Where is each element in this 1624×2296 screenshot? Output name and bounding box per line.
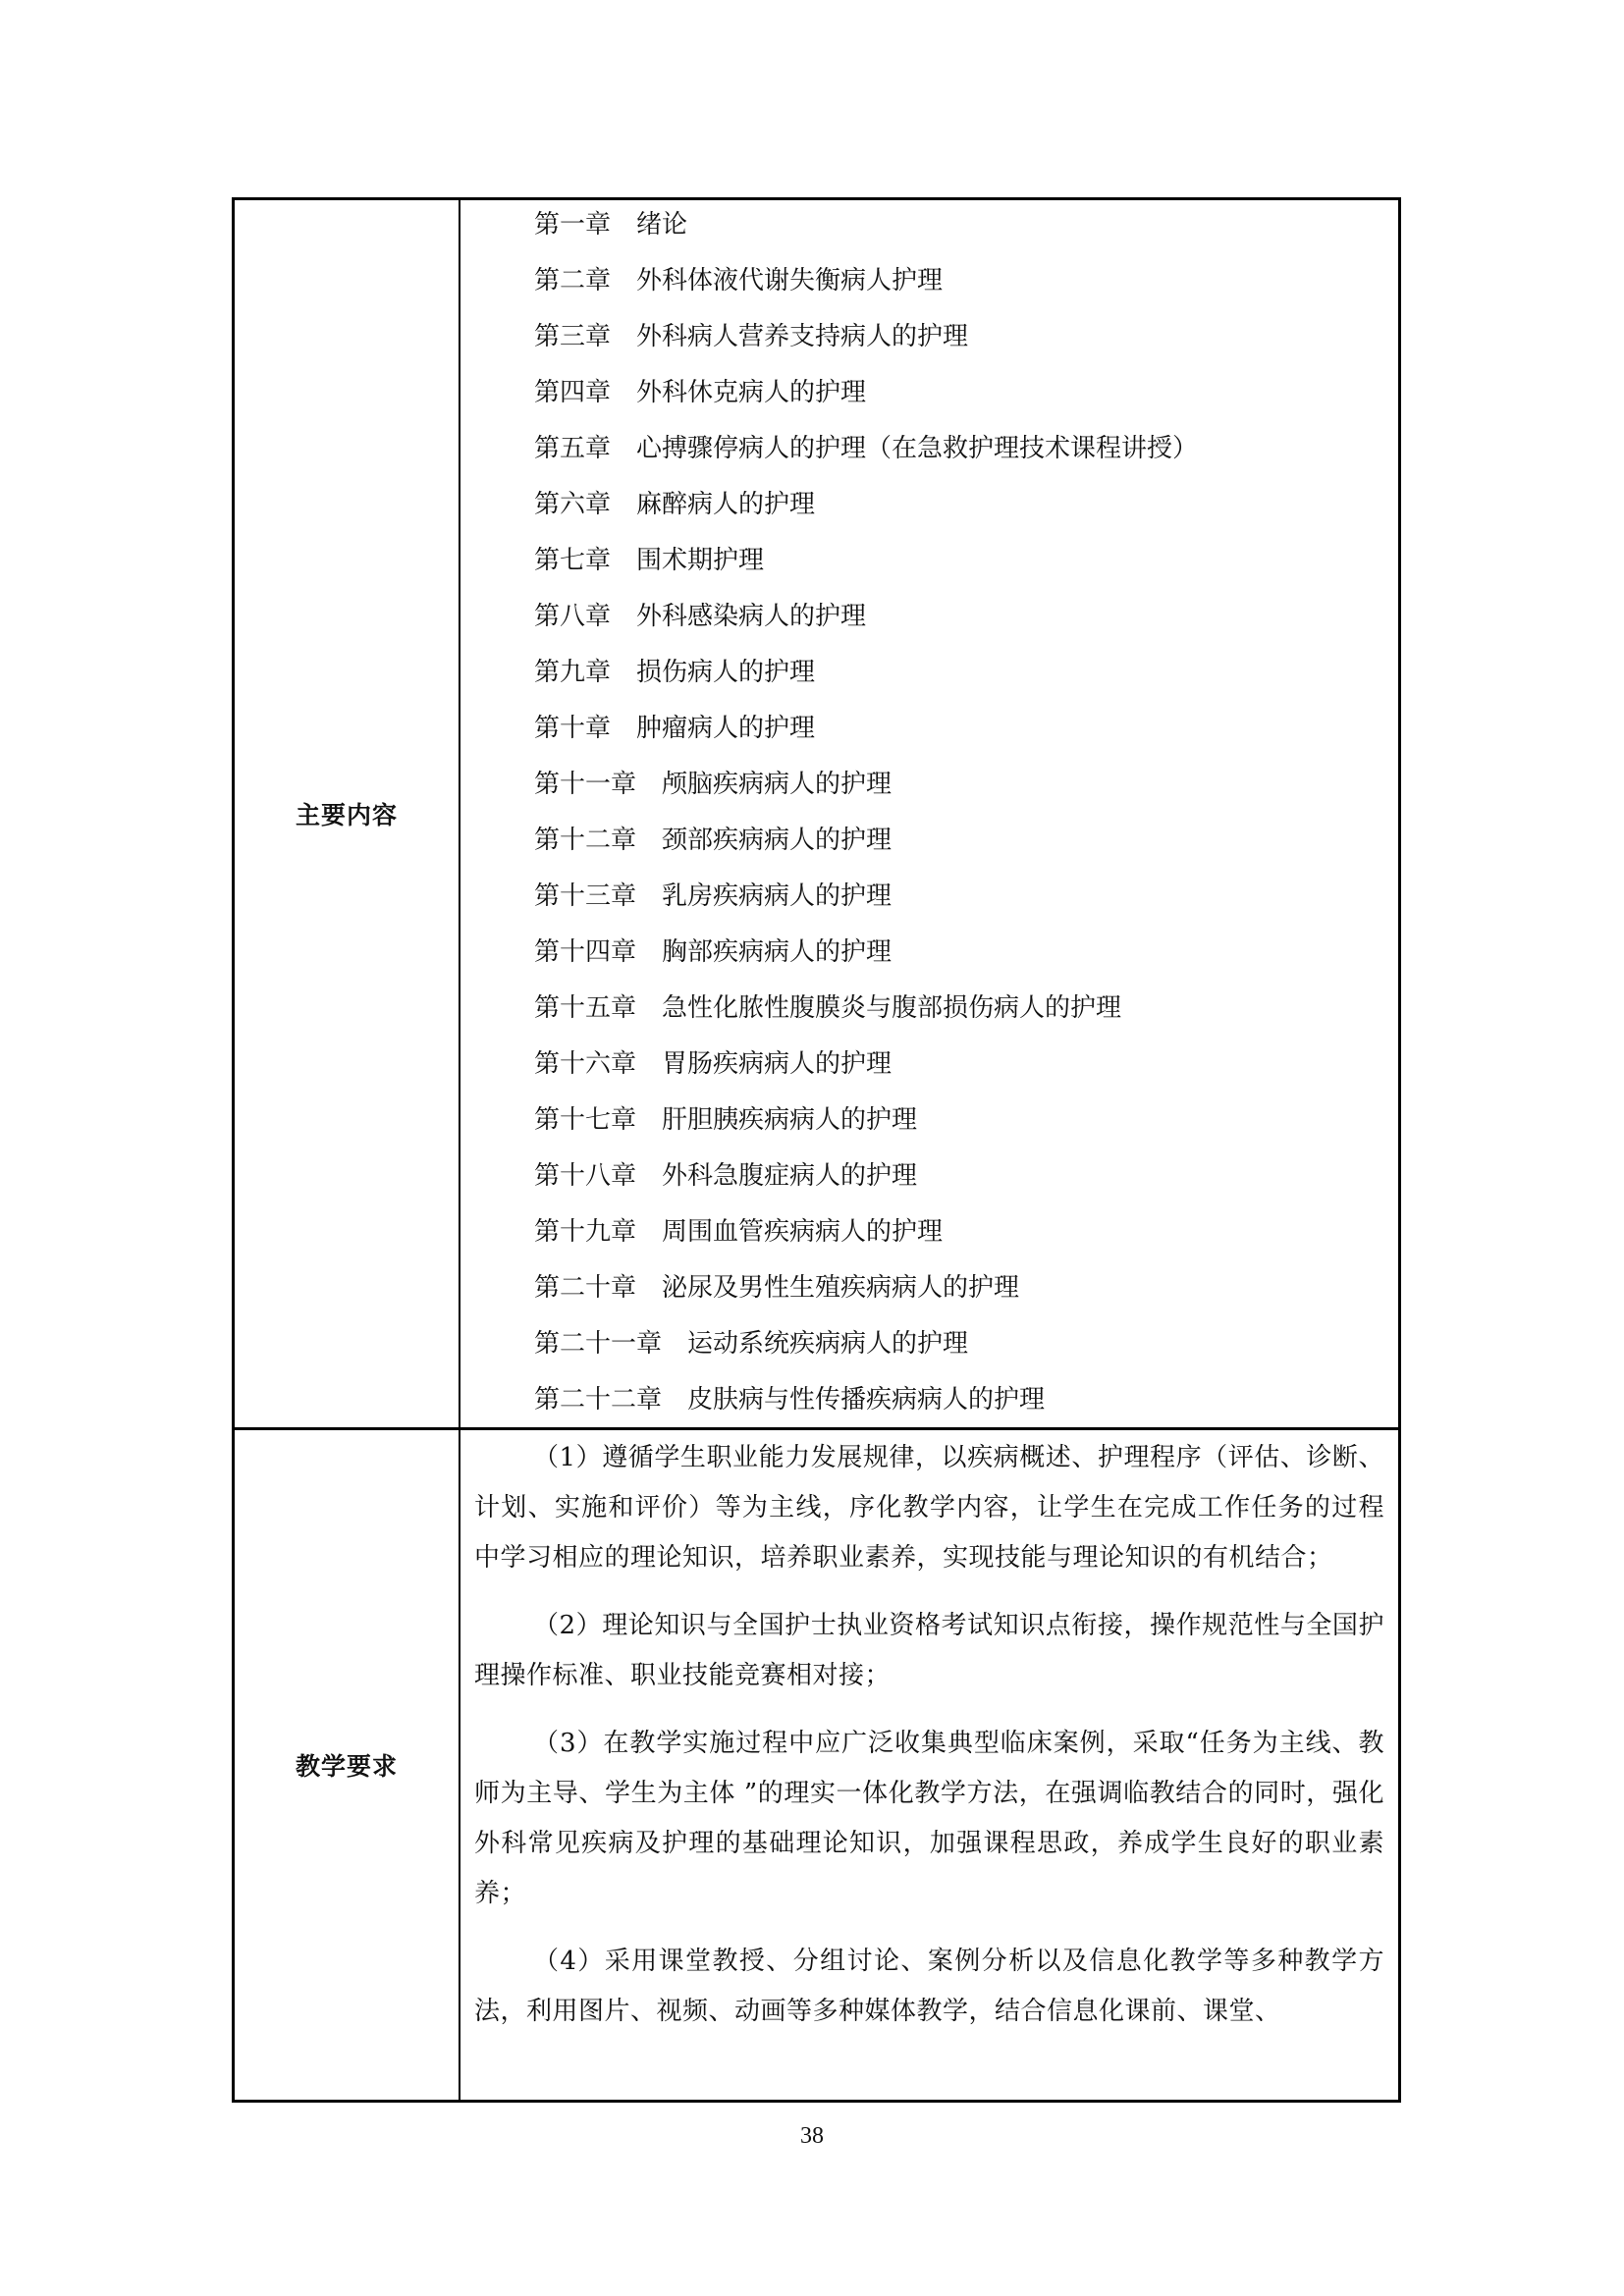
chapter-number: 第十八章 — [534, 1156, 636, 1196]
chapter-item: 第十六章胃肠疾病病人的护理 — [534, 1044, 1398, 1100]
chapter-number: 第十三章 — [534, 877, 636, 916]
chapter-number: 第一章 — [534, 205, 611, 244]
chapter-number: 第十九章 — [534, 1212, 636, 1252]
chapter-item: 第八章外科感染病人的护理 — [534, 597, 1398, 653]
chapter-title: 心搏骤停病人的护理（在急救护理技术课程讲授） — [636, 434, 1198, 463]
chapter-number: 第二十章 — [534, 1268, 636, 1308]
chapter-item: 第十章肿瘤病人的护理 — [534, 709, 1398, 765]
chapter-item: 第九章损伤病人的护理 — [534, 653, 1398, 709]
chapter-number: 第十二章 — [534, 821, 636, 860]
chapter-title: 绪论 — [636, 210, 687, 240]
chapter-title: 外科感染病人的护理 — [636, 602, 866, 631]
chapter-number: 第九章 — [534, 653, 611, 692]
chapter-number: 第十七章 — [534, 1100, 636, 1140]
chapter-number: 第十一章 — [534, 765, 636, 804]
chapter-title: 颈部疾病病人的护理 — [662, 826, 892, 855]
chapter-item: 第三章外科病人营养支持病人的护理 — [534, 317, 1398, 373]
teaching-requirements-label-cell: 教学要求 — [235, 1430, 460, 2100]
chapter-number: 第十五章 — [534, 988, 636, 1028]
course-table: 主要内容 第一章绪论第二章外科体液代谢失衡病人护理第三章外科病人营养支持病人的护… — [232, 197, 1401, 2103]
chapter-title: 皮肤病与性传播疾病病人的护理 — [687, 1385, 1045, 1415]
chapter-title: 周围血管疾病病人的护理 — [662, 1217, 943, 1247]
chapter-number: 第二十二章 — [534, 1380, 662, 1419]
chapter-title: 外科体液代谢失衡病人护理 — [636, 266, 943, 295]
teaching-requirements-row: 教学要求 （1）遵循学生职业能力发展规律，以疾病概述、护理程序（评估、诊断、计划… — [235, 1427, 1398, 2100]
chapter-title: 肝胆胰疾病病人的护理 — [662, 1105, 917, 1135]
main-content-label-cell: 主要内容 — [235, 200, 460, 1427]
chapter-title: 胸部疾病病人的护理 — [662, 937, 892, 967]
chapter-title: 损伤病人的护理 — [636, 658, 815, 687]
requirement-paragraph: （4）采用课堂教授、分组讨论、案例分析以及信息化教学等多种教学方法，利用图片、视… — [474, 1937, 1384, 2037]
chapter-item: 第十二章颈部疾病病人的护理 — [534, 821, 1398, 877]
requirements-list: （1）遵循学生职业能力发展规律，以疾病概述、护理程序（评估、诊断、计划、实施和评… — [460, 1430, 1398, 2100]
chapter-item: 第一章绪论 — [534, 205, 1398, 261]
chapter-title: 麻醉病人的护理 — [636, 490, 815, 519]
chapter-title: 颅脑疾病病人的护理 — [662, 770, 892, 799]
chapter-number: 第二章 — [534, 261, 611, 300]
chapter-title: 外科病人营养支持病人的护理 — [636, 322, 968, 351]
chapter-item: 第二十章泌尿及男性生殖疾病病人的护理 — [534, 1268, 1398, 1324]
chapter-item: 第十四章胸部疾病病人的护理 — [534, 933, 1398, 988]
chapter-number: 第十六章 — [534, 1044, 636, 1084]
chapter-item: 第十五章急性化脓性腹膜炎与腹部损伤病人的护理 — [534, 988, 1398, 1044]
chapter-number: 第十章 — [534, 709, 611, 748]
main-content-label: 主要内容 — [296, 796, 398, 831]
main-content-row: 主要内容 第一章绪论第二章外科体液代谢失衡病人护理第三章外科病人营养支持病人的护… — [235, 200, 1398, 1427]
chapter-number: 第七章 — [534, 541, 611, 580]
chapter-title: 乳房疾病病人的护理 — [662, 881, 892, 911]
chapter-item: 第二十一章运动系统疾病病人的护理 — [534, 1324, 1398, 1380]
chapter-item: 第五章心搏骤停病人的护理（在急救护理技术课程讲授） — [534, 429, 1398, 485]
chapter-item: 第十九章周围血管疾病病人的护理 — [534, 1212, 1398, 1268]
teaching-requirements-label: 教学要求 — [296, 1747, 398, 1783]
chapter-list: 第一章绪论第二章外科体液代谢失衡病人护理第三章外科病人营养支持病人的护理第四章外… — [460, 200, 1398, 1427]
chapter-item: 第十一章颅脑疾病病人的护理 — [534, 765, 1398, 821]
chapter-number: 第五章 — [534, 429, 611, 468]
chapter-item: 第十三章乳房疾病病人的护理 — [534, 877, 1398, 933]
chapter-item: 第四章外科休克病人的护理 — [534, 373, 1398, 429]
chapter-item: 第十八章外科急腹症病人的护理 — [534, 1156, 1398, 1212]
requirement-paragraph: （2）理论知识与全国护士执业资格考试知识点衔接，操作规范性与全国护理操作标准、职… — [474, 1601, 1384, 1701]
chapter-number: 第六章 — [534, 485, 611, 524]
page-number: 38 — [0, 2123, 1624, 2150]
chapter-title: 泌尿及男性生殖疾病病人的护理 — [662, 1273, 1019, 1303]
chapter-item: 第七章围术期护理 — [534, 541, 1398, 597]
chapter-number: 第八章 — [534, 597, 611, 636]
chapter-title: 运动系统疾病病人的护理 — [687, 1329, 968, 1359]
chapter-number: 第十四章 — [534, 933, 636, 972]
chapter-number: 第三章 — [534, 317, 611, 356]
chapter-title: 胃肠疾病病人的护理 — [662, 1049, 892, 1079]
chapter-item: 第六章麻醉病人的护理 — [534, 485, 1398, 541]
chapter-title: 肿瘤病人的护理 — [636, 714, 815, 743]
chapter-item: 第二章外科体液代谢失衡病人护理 — [534, 261, 1398, 317]
chapter-number: 第四章 — [534, 373, 611, 412]
chapter-title: 外科急腹症病人的护理 — [662, 1161, 917, 1191]
chapter-title: 急性化脓性腹膜炎与腹部损伤病人的护理 — [662, 993, 1121, 1023]
chapter-number: 第二十一章 — [534, 1324, 662, 1363]
chapter-item: 第十七章肝胆胰疾病病人的护理 — [534, 1100, 1398, 1156]
chapter-title: 外科休克病人的护理 — [636, 378, 866, 407]
requirement-paragraph: （1）遵循学生职业能力发展规律，以疾病概述、护理程序（评估、诊断、计划、实施和评… — [474, 1433, 1384, 1583]
requirement-paragraph: （3）在教学实施过程中应广泛收集典型临床案例，采取“任务为主线、教师为主导、学生… — [474, 1719, 1384, 1919]
chapter-title: 围术期护理 — [636, 546, 764, 575]
